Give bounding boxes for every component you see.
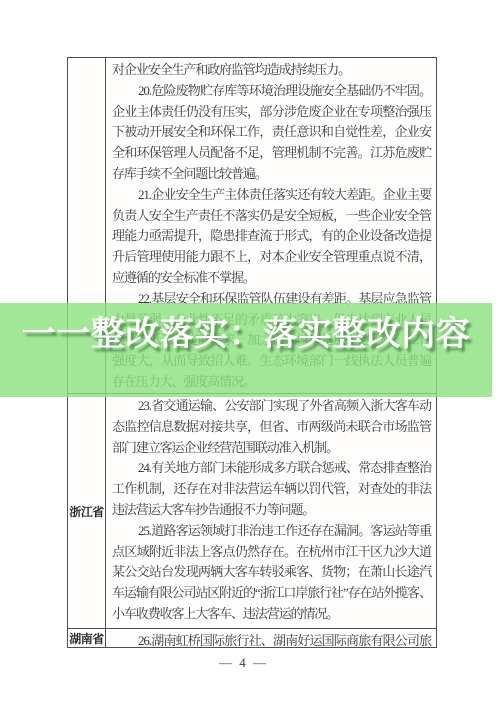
finding-paragraph-24: 24.有关地方部门未能形成多方联合惩戒、常态排查整治工作机制，还存在对非法营运车… <box>112 458 431 520</box>
overlay-banner-title: 一一整改落实：落实整改内容 <box>22 316 471 352</box>
finding-paragraph-20: 20.危险废物贮存库等环境治理设施安全基础仍不牢固。企业主体责任仍没有压实，部分… <box>112 81 431 185</box>
page-number: — 4 — <box>0 655 487 671</box>
scanned-document-page: 对企业安全生产和政府监管均造成持续压力。 20.危险废物贮存库等环境治理设施安全… <box>0 0 499 706</box>
overlay-banner: 一一整改落实：落实整改内容 <box>0 303 492 397</box>
findings-cell: 23.省交通运输、公安部门实现了外省高频入浙大客车动态监控信息数据对接共享，但省… <box>106 394 436 628</box>
province-label-zhejiang: 浙江省 <box>68 394 106 628</box>
finding-paragraph-23: 23.省交通运输、公安部门实现了外省高频入浙大客车动态监控信息数据对接共享，但省… <box>112 396 431 458</box>
finding-paragraph-26: 26.湖南虹桥国际旅行社、湖南好运国际商旅有限公司旅行社 <box>112 631 431 647</box>
finding-paragraph-25: 25.道路客运领域打非治违工作还存在漏洞。客运站等重点区域附近非法上客点仍然存在… <box>112 521 431 625</box>
finding-paragraph-continuation: 对企业安全生产和政府监管均造成持续压力。 <box>112 60 431 81</box>
table-row: 浙江省 23.省交通运输、公安部门实现了外省高频入浙大客车动态监控信息数据对接共… <box>68 393 436 628</box>
finding-paragraph-21: 21.企业安全生产主体责任落实还有较大差距。企业主要负责人安全生产责任不落实仍是… <box>112 185 431 289</box>
province-label-hunan: 湖南省 <box>68 629 106 647</box>
findings-cell: 26.湖南虹桥国际旅行社、湖南好运国际商旅有限公司旅行社 <box>106 629 436 647</box>
table-row: 湖南省 26.湖南虹桥国际旅行社、湖南好运国际商旅有限公司旅行社 <box>68 628 436 647</box>
